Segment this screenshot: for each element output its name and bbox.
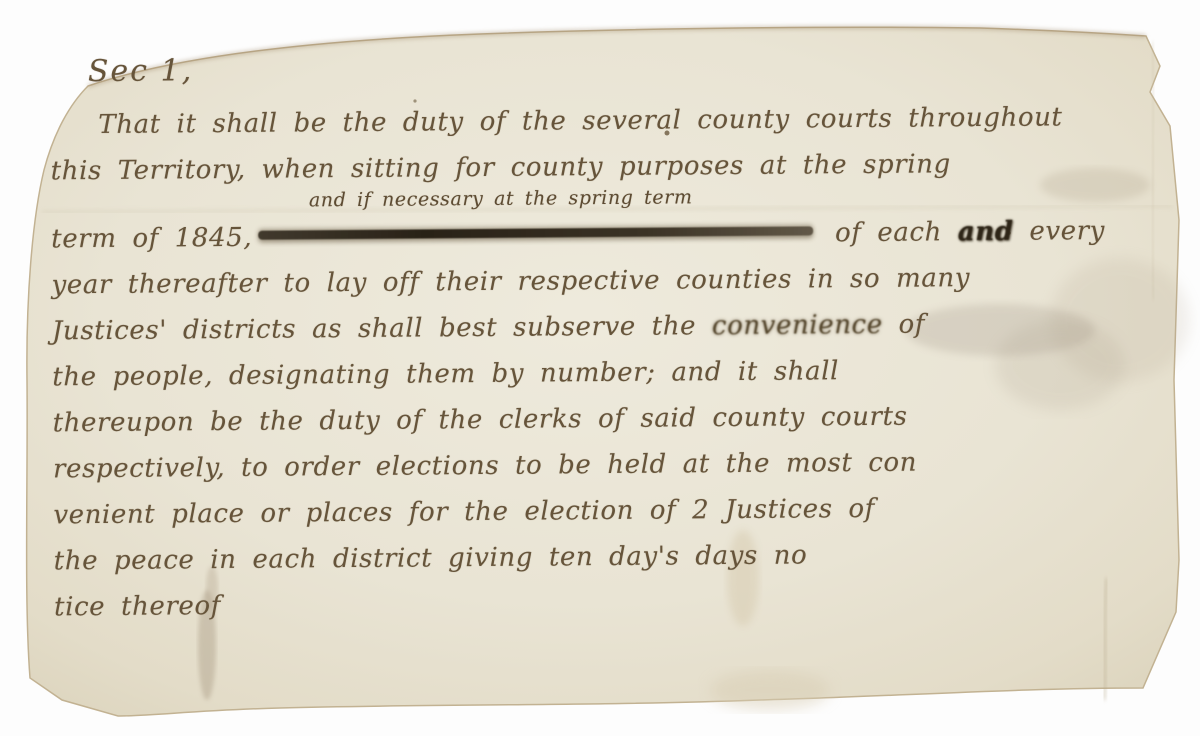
handwriting-segment: venient place or places for the election…: [53, 494, 875, 530]
handwriting-segment: tice thereof: [54, 591, 221, 622]
handwriting-segment: the people, designating them by number; …: [52, 356, 839, 392]
handwriting-segment: every: [1013, 216, 1105, 247]
struck-out-text: [258, 226, 813, 239]
smudged-word: convenience: [712, 310, 883, 341]
manuscript-text: Sec 1, That it shall be the duty of the …: [50, 46, 1164, 631]
handwriting-segment: the peace in each district giving ten da…: [54, 540, 808, 576]
handwriting-segment: and if necessary at the spring term: [309, 186, 693, 211]
handwriting-segment: thereupon be the duty of the clerks of s…: [53, 402, 908, 439]
handwriting-line: tice thereof: [54, 576, 1164, 631]
handwriting-segment: of each: [819, 217, 958, 248]
handwriting-segment: of: [883, 310, 926, 340]
handwriting-segment: year thereafter to lay off their respect…: [51, 263, 970, 300]
handwriting-segment: Justices' districts as shall best subser…: [52, 311, 712, 346]
blotted-word: and: [958, 217, 1014, 247]
handwriting-segment: term of 1845,: [51, 223, 252, 255]
section-heading: Sec 1,: [88, 46, 1160, 96]
handwriting-segment: respectively, to order elections to be h…: [53, 448, 917, 485]
water-stain: [710, 670, 830, 710]
handwriting-segment: That it shall be the duty of the several…: [98, 102, 1062, 140]
manuscript-lines: That it shall be the duty of the several…: [50, 94, 1164, 631]
handwriting-segment: this Territory, when sitting for county …: [51, 149, 951, 186]
scanned-document: Sec 1, That it shall be the duty of the …: [0, 0, 1200, 736]
